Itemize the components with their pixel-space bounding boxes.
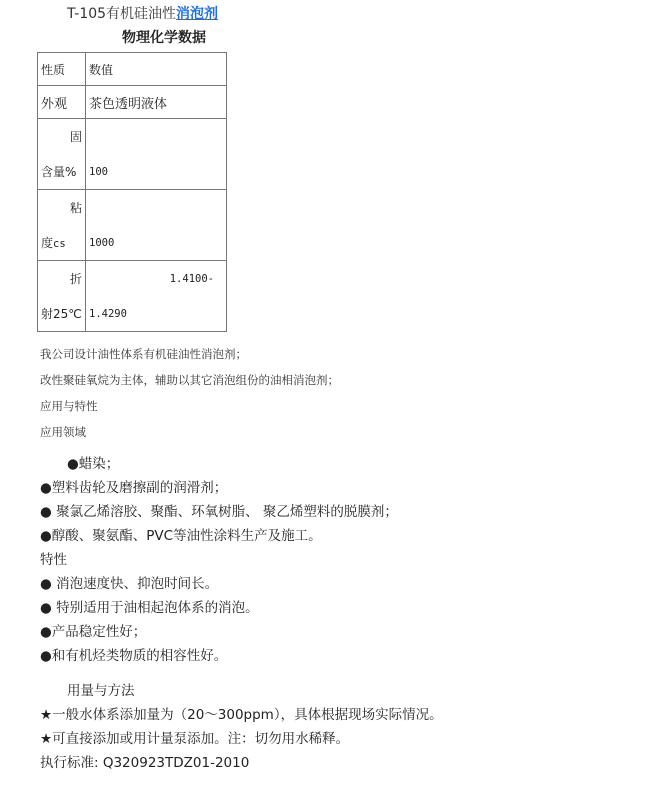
label-top: 粘 [41, 199, 85, 216]
label-top: 折 [41, 270, 85, 287]
feature-item: ● 特别适用于油相起泡体系的消泡。 [40, 596, 259, 616]
features-heading: 特性 [40, 548, 67, 568]
value-top: 1.4100- [89, 273, 226, 285]
usage-item: ★可直接添加或用计量泵添加。注：切勿用水稀释。 [40, 727, 349, 747]
feature-item: ●产品稳定性好； [40, 620, 146, 640]
standard-line: 执行标准: Q320923TDZ01-2010 [40, 751, 249, 771]
property-value: 1.4100-1.4290 [86, 261, 227, 332]
header-value: 数值 [86, 53, 227, 86]
label-bottom: 度 [41, 236, 53, 250]
label-unit: cs [53, 238, 66, 250]
section-title: 物理化学数据 [122, 27, 206, 47]
title-text: T-105有机硅油性 [67, 6, 176, 22]
application-item: ●醇酸、聚氨酯、PVC等油性涂料生产及施工。 [40, 524, 322, 544]
value-text: 100 [89, 166, 226, 178]
feature-item: ●和有机烃类物质的相容性好。 [40, 644, 227, 664]
value-text: 1000 [89, 237, 226, 249]
table-row: 粘度cs 1000 [38, 190, 227, 261]
table-row: 外观 茶色透明液体 [38, 86, 227, 119]
table-row: 折射25℃ 1.4100-1.4290 [38, 261, 227, 332]
property-value: 1000 [86, 190, 227, 261]
usage-heading: 用量与方法 [67, 679, 135, 699]
label-bottom: 射25℃ [41, 305, 85, 322]
application-item: ●蜡染； [67, 452, 119, 472]
application-item: ●塑料齿轮及磨擦副的润滑剂； [40, 476, 227, 496]
property-value: 茶色透明液体 [86, 86, 227, 119]
usage-item: ★一般水体系添加量为（20～300ppm），具体根据现场实际情况。 [40, 703, 443, 723]
defoamer-link[interactable]: 消泡剂 [176, 6, 218, 22]
feature-item: ● 消泡速度快、抑泡时间长。 [40, 572, 218, 592]
property-label: 粘度cs [38, 190, 86, 261]
section-heading: 应用与特性 [40, 398, 98, 414]
property-label: 外观 [38, 86, 86, 119]
property-label: 折射25℃ [38, 261, 86, 332]
properties-table: 性质 数值 外观 茶色透明液体 固含量% 100 粘度cs 1000 折射25℃… [37, 52, 227, 332]
property-value: 100 [86, 119, 227, 190]
value-bottom: 1.4290 [89, 308, 226, 320]
product-title: T-105有机硅油性消泡剂 [67, 3, 218, 23]
table-header-row: 性质 数值 [38, 53, 227, 86]
header-property: 性质 [38, 53, 86, 86]
intro-line: 我公司设计油性体系有机硅油性消泡剂； [40, 346, 247, 362]
label-top: 固 [41, 128, 85, 145]
intro-line: 改性聚硅氧烷为主体，辅助以其它消泡组份的油相消泡剂； [40, 372, 339, 388]
section-heading: 应用领域 [40, 424, 86, 440]
label-bottom: 含量% [41, 163, 85, 180]
table-row: 固含量% 100 [38, 119, 227, 190]
application-item: ● 聚氯乙烯溶胶、聚酯、环氧树脂、 聚乙烯塑料的脱膜剂； [40, 500, 398, 520]
property-label: 固含量% [38, 119, 86, 190]
